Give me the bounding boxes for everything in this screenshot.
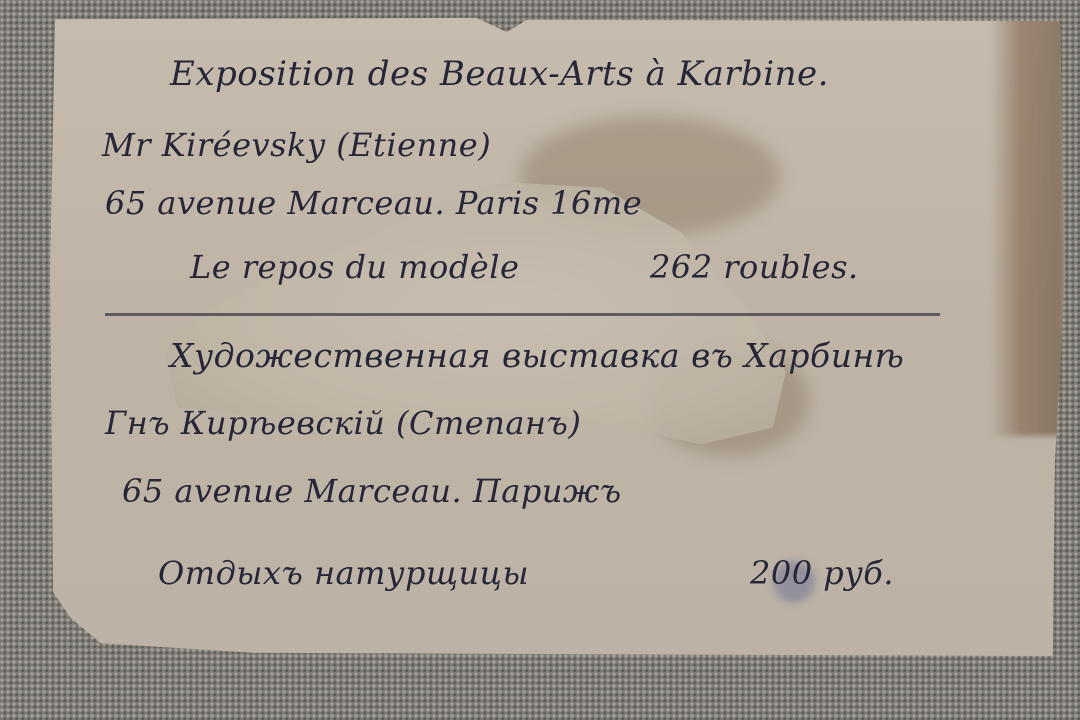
paper-label: Exposition des Beaux-Arts à Karbine. Mr … [50, 16, 1065, 656]
russian-address: 65 avenue Marceau. Парижъ [122, 472, 622, 510]
russian-artist-name: Гнъ Кирѣевскій (Степанъ) [105, 404, 581, 442]
french-artwork-title: Le repos du modèle [190, 248, 519, 286]
divider-line [105, 313, 940, 316]
russian-artwork-title: Отдыхъ натурщицы [158, 554, 529, 592]
french-price: 262 roubles. [650, 248, 859, 286]
french-exhibition-title: Exposition des Beaux-Arts à Karbine. [170, 54, 829, 94]
russian-exhibition-title: Художественная выставка въ Харбинѣ [170, 336, 904, 375]
french-artist-name: Mr Kiréevsky (Etienne) [102, 126, 491, 164]
french-address: 65 avenue Marceau. Paris 16me [105, 184, 642, 222]
russian-price: 200 руб. [750, 554, 894, 592]
water-stain [990, 16, 1065, 436]
